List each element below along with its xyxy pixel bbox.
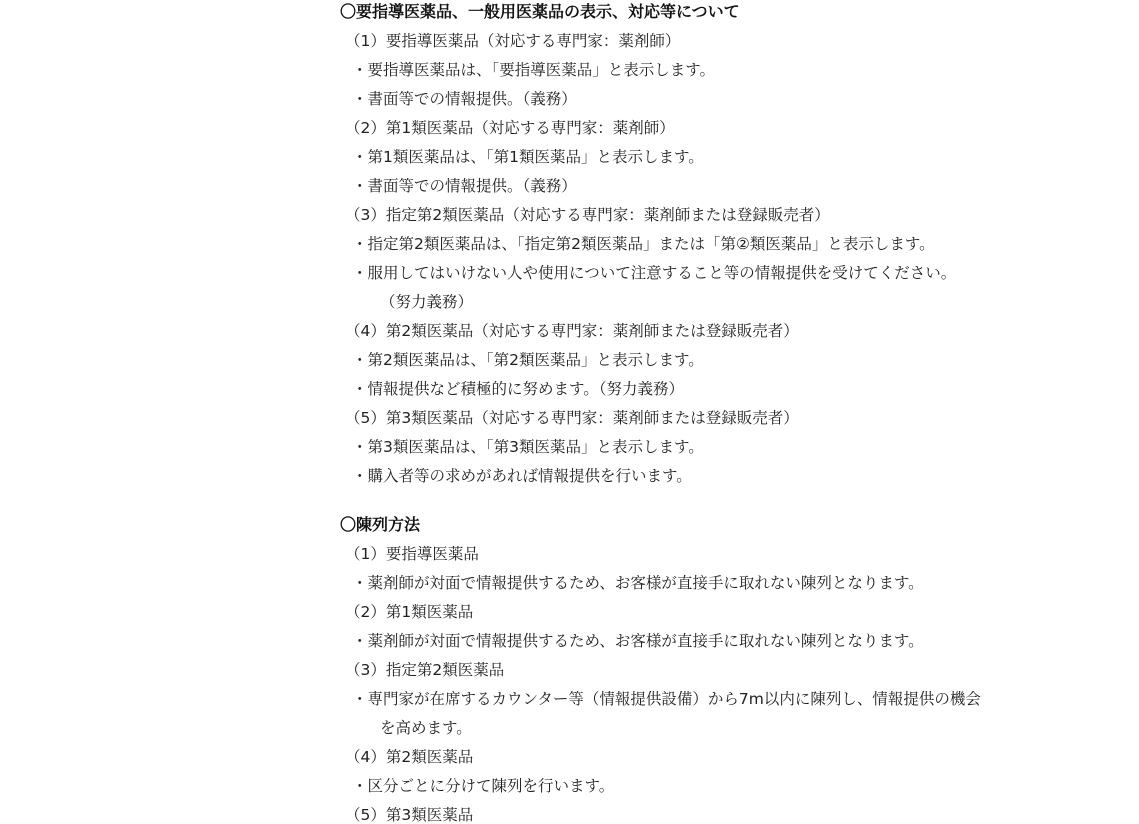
bullet-line: ・第1類医薬品は、「第1類医薬品」と表示します。 [340, 143, 1120, 172]
item-title: （5）第3類医薬品（対応する専門家：薬剤師または登録販売者） [340, 404, 1120, 433]
section-display-method: 〇陳列方法 （1）要指導医薬品 ・薬剤師が対面で情報提供するため、お客様が直接手… [340, 513, 1120, 824]
bullet-line: ・薬剤師が対面で情報提供するため、お客様が直接手に取れない陳列となります。 [340, 627, 1120, 656]
section-heading: 〇陳列方法 [340, 513, 1120, 537]
item-title: （5）第3類医薬品 [340, 801, 1120, 824]
continuation-line: （努力義務） [340, 288, 1120, 317]
bullet-line: ・情報提供など積極的に努めます。（努力義務） [340, 375, 1120, 404]
bullet-line: ・書面等での情報提供。（義務） [340, 172, 1120, 201]
item-title: （1）要指導医薬品 [340, 540, 1120, 569]
item-title: （2）第1類医薬品 [340, 598, 1120, 627]
item-title: （2）第1類医薬品（対応する専門家：薬剤師） [340, 114, 1120, 143]
item-title: （4）第2類医薬品（対応する専門家：薬剤師または登録販売者） [340, 317, 1120, 346]
bullet-line: ・第2類医薬品は、「第2類医薬品」と表示します。 [340, 346, 1120, 375]
bullet-line: ・指定第2類医薬品は、「指定第2類医薬品」または「第②類医薬品」と表示します。 [340, 230, 1120, 259]
bullet-line: ・区分ごとに分けて陳列を行います。 [340, 772, 1120, 801]
item-title: （1）要指導医薬品（対応する専門家：薬剤師） [340, 27, 1120, 56]
section-heading: 〇要指導医薬品、一般用医薬品の表示、対応等について [340, 0, 1120, 24]
section-labeling: 〇要指導医薬品、一般用医薬品の表示、対応等について （1）要指導医薬品（対応する… [340, 0, 1120, 491]
continuation-line: を高めます。 [340, 714, 1120, 743]
bullet-line: ・第3類医薬品は、「第3類医薬品」と表示します。 [340, 433, 1120, 462]
bullet-line: ・薬剤師が対面で情報提供するため、お客様が直接手に取れない陳列となります。 [340, 569, 1120, 598]
bullet-line: ・要指導医薬品は、「要指導医薬品」と表示します。 [340, 56, 1120, 85]
item-title: （3）指定第2類医薬品（対応する専門家：薬剤師または登録販売者） [340, 201, 1120, 230]
bullet-line: ・専門家が在席するカウンター等（情報提供設備）から7m以内に陳列し、情報提供の機… [340, 685, 1120, 714]
bullet-line: ・書面等での情報提供。（義務） [340, 85, 1120, 114]
document-content: 〇要指導医薬品、一般用医薬品の表示、対応等について （1）要指導医薬品（対応する… [340, 0, 1120, 824]
item-title: （4）第2類医薬品 [340, 743, 1120, 772]
bullet-line: ・購入者等の求めがあれば情報提供を行います。 [340, 462, 1120, 491]
item-title: （3）指定第2類医薬品 [340, 656, 1120, 685]
bullet-line: ・服用してはいけない人や使用について注意すること等の情報提供を受けてください。 [340, 259, 1120, 288]
